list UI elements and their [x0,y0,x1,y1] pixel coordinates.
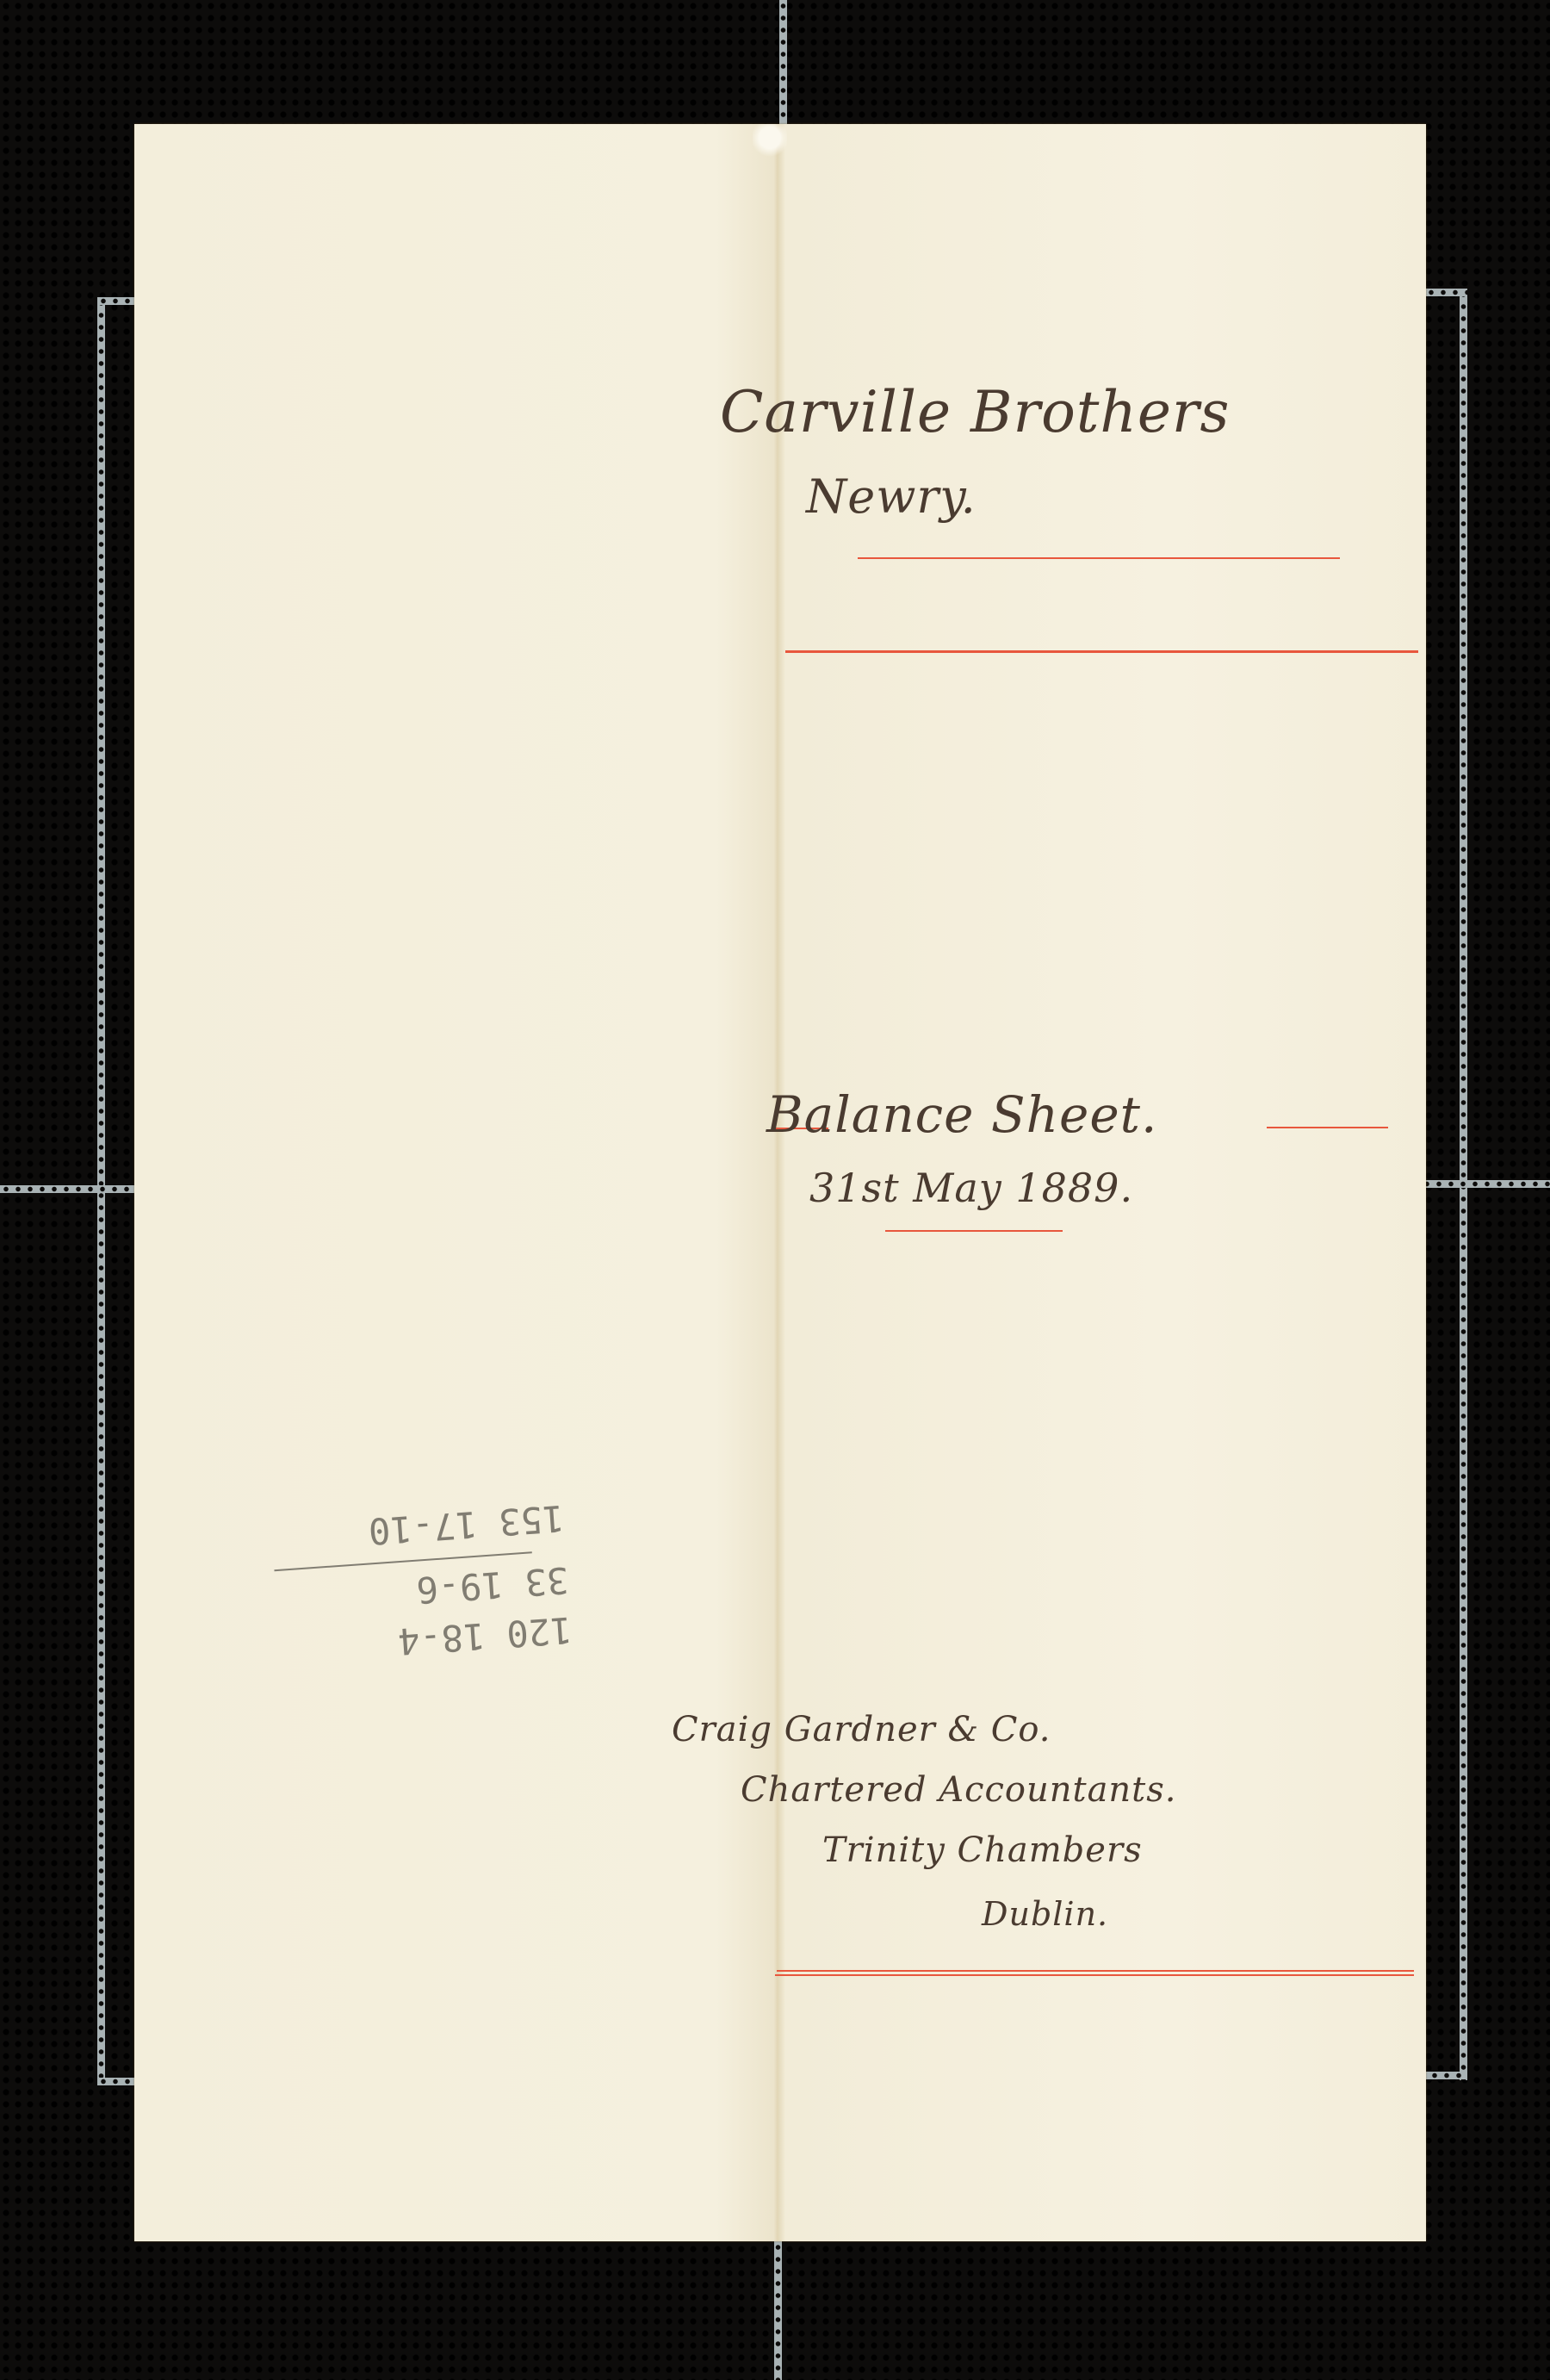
frame-line-top-left [97,297,136,305]
frame-line-mid-left [0,1185,138,1193]
header-rule [785,650,1418,653]
footer-rule-top [777,1970,1414,1972]
frame-line-mid-right [1421,1180,1550,1188]
date-underline [885,1230,1063,1232]
heading-dash-right [1267,1127,1388,1128]
preparer-designation: Chartered Accountants. [741,1770,1177,1810]
document-date: 31st May 1889. [809,1165,1133,1211]
company-name: Carville Brothers [720,379,1230,445]
document-heading: Balance Sheet. [766,1085,1157,1144]
title-underline [858,557,1340,559]
footer-rule-bottom [775,1974,1414,1976]
frame-line-bottom-left [97,2078,136,2085]
frame-line-top-right [1425,289,1467,296]
frame-line-center-bottom [774,2241,782,2380]
preparer-address: Trinity Chambers [822,1830,1143,1870]
company-location: Newry. [806,469,976,524]
frame-line-center-top [779,0,787,126]
preparer-city: Dublin. [982,1895,1108,1933]
preparer-firm: Craig Gardner & Co. [672,1710,1051,1749]
fold-tear [753,124,787,158]
pencil-notes: 120 18-4 33 19-6 153 17-10 [253,1493,573,1676]
